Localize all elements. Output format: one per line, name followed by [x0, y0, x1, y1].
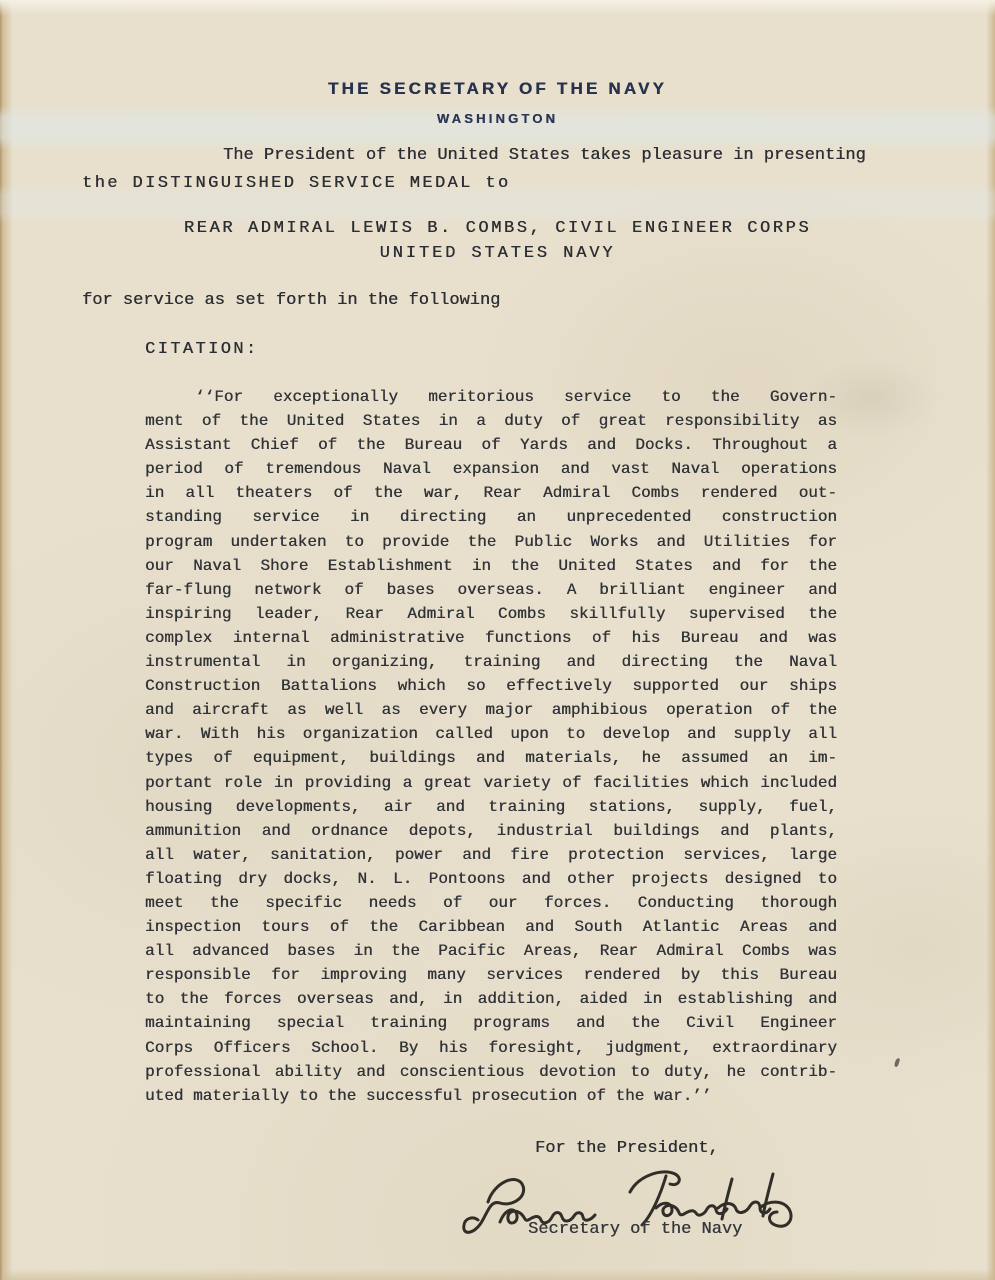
- citation-line: ‘‘For exceptionally meritorious service …: [145, 385, 837, 409]
- letterhead-title: THE SECRETARY OF THE NAVY: [0, 79, 995, 99]
- citation-line: types of equipment, buildings and materi…: [145, 746, 837, 770]
- citation-line: meet the specific needs of our forces. C…: [145, 891, 837, 915]
- service-statement: for service as set forth in the followin…: [82, 291, 500, 310]
- citation-line: Construction Battalions which so effecti…: [145, 674, 837, 698]
- recipient-service-line: UNITED STATES NAVY: [0, 244, 995, 263]
- citation-line: and aircraft as well as every major amph…: [145, 698, 837, 722]
- citation-line: to the forces overseas and, in addition,…: [145, 987, 837, 1011]
- letter-scan: THE SECRETARY OF THE NAVY WASHINGTON The…: [0, 0, 995, 1280]
- citation-line: all advanced bases in the Pacific Areas,…: [145, 939, 837, 963]
- citation-line: our Naval Shore Establishment in the Uni…: [145, 554, 837, 578]
- citation-line: war. With his organization called upon t…: [145, 722, 837, 746]
- recipient-name-line: REAR ADMIRAL LEWIS B. COMBS, CIVIL ENGIN…: [0, 219, 995, 238]
- citation-line: professional ability and conscientious d…: [145, 1060, 837, 1084]
- citation-line: program undertaken to provide the Public…: [145, 530, 837, 554]
- intro-line-2: the DISTINGUISHED SERVICE MEDAL to: [82, 174, 510, 193]
- closing-for-the-president: For the President,: [535, 1139, 719, 1158]
- citation-body: ‘‘For exceptionally meritorious service …: [145, 385, 837, 1108]
- stray-ink-mark: [894, 1058, 900, 1068]
- citation-line: standing service in directing an unprece…: [145, 505, 837, 529]
- citation-line: instrumental in organizing, training and…: [145, 650, 837, 674]
- citation-line: in all theaters of the war, Rear Admiral…: [145, 481, 837, 505]
- citation-line: inspection tours of the Caribbean and So…: [145, 915, 837, 939]
- citation-line: responsible for improving many services …: [145, 963, 837, 987]
- letterhead-subtitle: WASHINGTON: [0, 111, 995, 126]
- citation-line: uted materially to the successful prosec…: [145, 1084, 837, 1108]
- citation-heading: CITATION:: [145, 340, 258, 359]
- citation-line: complex internal administrative function…: [145, 626, 837, 650]
- citation-line: maintaining special training programs an…: [145, 1011, 837, 1035]
- citation-line: far-flung network of bases overseas. A b…: [145, 578, 837, 602]
- citation-line: Corps Officers School. By his foresight,…: [145, 1036, 837, 1060]
- citation-line: ammunition and ordnance depots, industri…: [145, 819, 837, 843]
- citation-line: portant role in providing a great variet…: [145, 771, 837, 795]
- citation-line: Assistant Chief of the Bureau of Yards a…: [145, 433, 837, 457]
- citation-line: floating dry docks, N. L. Pontoons and o…: [145, 867, 837, 891]
- citation-line: all water, sanitation, power and fire pr…: [145, 843, 837, 867]
- intro-line-1: The President of the United States takes…: [223, 146, 866, 165]
- citation-line: housing developments, air and training s…: [145, 795, 837, 819]
- citation-line: inspiring leader, Rear Admiral Combs ski…: [145, 602, 837, 626]
- citation-line: period of tremendous Naval expansion and…: [145, 457, 837, 481]
- citation-line: ment of the United States in a duty of g…: [145, 409, 837, 433]
- signature-typed-title: Secretary of the Navy: [528, 1220, 742, 1239]
